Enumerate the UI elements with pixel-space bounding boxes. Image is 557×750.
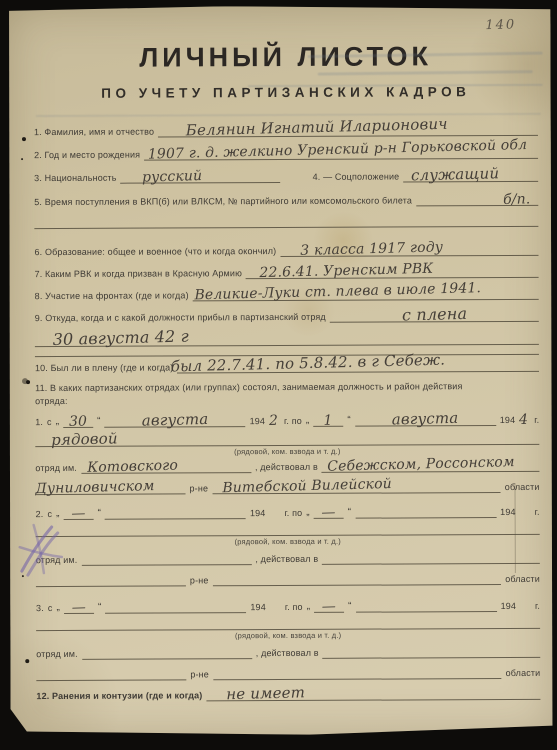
- from-day: —: [72, 601, 87, 615]
- entry-2-dates: 2. с „ — “ 194 г. по „ — “ 194 г.: [36, 505, 540, 520]
- field-5-party: 5. Время поступления в ВКП(б) или ВЛКСМ,…: [34, 193, 538, 208]
- position-value: рядовой: [51, 431, 118, 448]
- close-quote: “: [98, 602, 102, 614]
- open-quote: „: [306, 507, 310, 519]
- field-4-line: служащий: [403, 169, 538, 183]
- detachment-entry-1: 1. с „ 30 “ августа 194 2 г. по „ 1 “ ав…: [35, 412, 539, 495]
- region-line: Витебской Вилейской: [212, 480, 501, 494]
- to-day-line: —: [314, 600, 344, 613]
- field-4-value: служащий: [411, 166, 500, 183]
- field-7-value: 22.6.41. Уренским РВК: [260, 262, 434, 280]
- field-7-label: 7. Каким РВК и когда призван в Красную А…: [35, 267, 242, 280]
- entry-2-district-row: р-не области: [36, 572, 540, 587]
- entry-3-district-row: р-не области: [36, 666, 540, 681]
- field-2-label: 2. Год и место рождения: [34, 149, 140, 161]
- acted-label: , действовал в: [255, 553, 318, 565]
- blank-rule-row: [34, 214, 538, 229]
- entry-1-dates: 1. с „ 30 “ августа 194 2 г. по „ 1 “ ав…: [35, 412, 539, 428]
- to-year-digit: 4: [519, 413, 530, 427]
- printed-g: г.: [535, 600, 540, 612]
- region-line: [212, 572, 501, 586]
- from-year-digit: 2: [269, 414, 280, 428]
- district-label: р-не: [189, 482, 208, 494]
- year-prefix: 194: [500, 414, 516, 426]
- field-6-label: 6. Образование: общее и военное (что и к…: [34, 245, 276, 258]
- region-label: области: [505, 481, 540, 493]
- otryad-label: отряд им.: [36, 648, 78, 660]
- field-11-heading: 11. В каких партизанских отрядах (или гр…: [35, 380, 539, 408]
- field-3-line: русский: [121, 170, 281, 184]
- close-quote: “: [98, 508, 102, 520]
- position-hint: (рядовой, ком. взвода и т. д.): [36, 630, 540, 641]
- from-day-line: 30: [63, 415, 93, 428]
- open-quote: „: [56, 602, 60, 614]
- field-9-label: 9. Откуда, когда и с какой должности при…: [35, 311, 326, 324]
- region-label: области: [505, 573, 540, 585]
- field-10-captivity: 10. Был ли в плену (где и когда) был 22.…: [35, 359, 539, 374]
- district-line: [36, 667, 186, 681]
- to-day-line: —: [314, 506, 344, 519]
- document-title: ЛИЧНЫЙ ЛИСТОК: [34, 41, 538, 73]
- to-month-line: августа: [355, 413, 496, 427]
- printed-g: г.: [534, 414, 539, 426]
- year-prefix: 194: [250, 415, 266, 427]
- region-line: [213, 666, 502, 680]
- field-1-value: Белянин Игнатий Иларионович: [186, 117, 448, 139]
- field-9-line2: 30 августа 42 г: [35, 332, 539, 347]
- field-9-line2-row: 30 августа 42 г: [35, 332, 539, 347]
- close-quote: “: [347, 415, 351, 427]
- field-9-value2: 30 августа 42 г: [52, 329, 189, 348]
- field-7-rvk: 7. Каким РВК и когда призван в Красную А…: [35, 265, 539, 280]
- field-8-label: 8. Участие на фронтах (где и когда): [35, 289, 189, 302]
- ink-specks: [22, 137, 26, 141]
- field-6-line: 3 класса 1917 году: [280, 243, 538, 257]
- acted-value: Себежском, Россонском: [328, 455, 516, 474]
- from-day: 30: [69, 414, 87, 428]
- from-month-line: августа: [105, 414, 246, 428]
- position-hint: (рядовой, ком. взвода и т. д.): [36, 536, 540, 547]
- entry-number: 1.: [35, 416, 43, 428]
- otryad-label: отряд им.: [35, 462, 77, 474]
- otryad-line: [81, 552, 251, 566]
- region-value: Витебской Вилейской: [222, 477, 392, 495]
- field-2-birth: 2. Год и место рождения 1907 г. д. желки…: [34, 146, 538, 161]
- entry-3-otryad-row: отряд им. , действовал в: [36, 645, 540, 660]
- year-prefix: 194: [501, 600, 517, 612]
- field-12-label: 12. Ранения и контузии (где и когда): [36, 689, 202, 702]
- close-quote: “: [348, 601, 352, 613]
- entry-number: 3.: [36, 602, 44, 614]
- field-2-value: 1907 г. д. желкино Уренский р-н Горьковс…: [148, 138, 528, 162]
- field-5-value: б/п.: [503, 192, 531, 207]
- open-quote: „: [306, 415, 310, 427]
- field-3-4-row: 3. Национальность русский 4. — Соцположе…: [34, 169, 538, 184]
- from-month: августа: [141, 412, 208, 429]
- form-content: 140 ЛИЧНЫЙ ЛИСТОК ПО УЧЕТУ ПАРТИЗАНСКИХ …: [7, 5, 553, 738]
- otryad-line: [82, 646, 252, 660]
- printed-s: с: [48, 602, 53, 614]
- field-1-line: Белянин Игнатий Иларионович: [158, 123, 538, 138]
- to-day-line: 1: [313, 414, 343, 427]
- acted-label: , действовал в: [256, 647, 319, 659]
- field-12-value: не имеет: [226, 685, 305, 702]
- acted-line: [322, 551, 540, 565]
- field-5-line: б/п.: [416, 193, 538, 207]
- purple-pencil-scribble: [14, 513, 84, 583]
- field-3-label: 3. Национальность: [34, 172, 117, 184]
- field-8-value: Великие-Луки ст. плева в июле 1941.: [194, 281, 481, 302]
- field-5-label: 5. Время поступления в ВКП(б) или ВЛКСМ,…: [34, 194, 412, 208]
- to-day: —: [321, 505, 336, 519]
- field-10-label: 10. Был ли в плену (где и когда): [35, 361, 173, 374]
- field-6-value: 3 класса 1917 году: [300, 240, 443, 258]
- district-value: Дуниловичском: [35, 479, 154, 496]
- ink-bleed-through: [36, 113, 541, 117]
- district-line: Дуниловичском: [35, 481, 185, 495]
- close-quote: “: [348, 507, 352, 519]
- to-day: —: [322, 599, 337, 613]
- field-11-label2: отряда:: [35, 396, 68, 406]
- entry-2-otryad-row: отряд им. , действовал в: [36, 551, 540, 566]
- entry-1-district-row: Дуниловичском р-не Витебской Вилейской о…: [35, 480, 539, 495]
- open-quote: „: [307, 601, 311, 613]
- printed-g-po: г. по: [285, 601, 303, 613]
- field-12-line: не имеет: [206, 687, 540, 701]
- detachment-entry-2: 2. с „ — “ 194 г. по „ — “ 194 г. (рядов: [36, 505, 540, 587]
- corner-page-number: 140: [485, 18, 516, 32]
- field-7-line: 22.6.41. Уренским РВК: [246, 265, 539, 279]
- entry-3-dates: 3. с „ — “ 194 г. по „ — “ 194 г.: [36, 599, 540, 614]
- field-11-label: 11. В каких партизанских отрядах (или гр…: [35, 381, 462, 393]
- year-prefix: 194: [250, 507, 266, 519]
- printed-s: с: [47, 416, 52, 428]
- field-1-label: 1. Фамилия, имя и отчество: [34, 126, 154, 139]
- acted-line: [323, 645, 541, 659]
- field-2-line: 1907 г. д. желкино Уренский р-н Горьковс…: [144, 146, 538, 161]
- otryad-value: Котовского: [87, 459, 178, 475]
- field-9-line: с плена: [330, 309, 539, 323]
- field-9-value: с плена: [401, 306, 467, 324]
- district-label: р-не: [190, 574, 209, 586]
- field-9-arrival: 9. Откуда, когда и с какой должности при…: [35, 309, 539, 324]
- from-day-line: —: [64, 601, 94, 614]
- acted-line: Себежском, Россонском: [322, 459, 540, 473]
- paper-sheet: 140 ЛИЧНЫЙ ЛИСТОК ПО УЧЕТУ ПАРТИЗАНСКИХ …: [7, 5, 553, 738]
- otryad-line: Котовского: [81, 460, 251, 474]
- field-10-line: был 22.7.41. по 5.8.42. в г Себеж.: [177, 359, 539, 374]
- close-quote: “: [97, 416, 101, 428]
- printed-g: г.: [535, 506, 540, 518]
- region-label: области: [506, 667, 541, 679]
- printed-g-po: г. по: [284, 507, 302, 519]
- from-month-line: [105, 600, 246, 614]
- field-1-name: 1. Фамилия, имя и отчество Белянин Игнат…: [34, 123, 538, 138]
- field-8-fronts: 8. Участие на фронтах (где и когда) Вели…: [35, 287, 539, 302]
- field-12-wounds: 12. Ранения и контузии (где и когда) не …: [36, 687, 540, 702]
- field-8-line: Великие-Луки ст. плева в июле 1941.: [193, 287, 539, 302]
- field-6-education: 6. Образование: общее и военное (что и к…: [34, 243, 538, 258]
- open-quote: „: [56, 416, 60, 428]
- acted-label: , действовал в: [255, 461, 318, 473]
- to-month-line: [356, 599, 497, 613]
- entry-1-otryad-row: отряд им. Котовского , действовал в Себе…: [35, 459, 539, 474]
- to-day: 1: [324, 414, 333, 428]
- detachment-entry-3: 3. с „ — “ 194 г. по „ — “ 194 г. (рядов: [36, 599, 540, 681]
- field-4-label: 4. — Соцположение: [313, 170, 400, 182]
- field-3-value: русский: [142, 169, 203, 185]
- district-label: р-не: [190, 668, 209, 680]
- blank-rule-line: [34, 214, 538, 229]
- field-10-value: был 22.7.41. по 5.8.42. в г Себеж.: [171, 353, 446, 375]
- year-prefix: 194: [500, 506, 516, 518]
- to-month: августа: [392, 411, 459, 428]
- from-month-line: [105, 506, 246, 520]
- year-prefix: 194: [250, 601, 266, 613]
- printed-g-po: г. по: [284, 415, 302, 427]
- to-month-line: [355, 505, 496, 519]
